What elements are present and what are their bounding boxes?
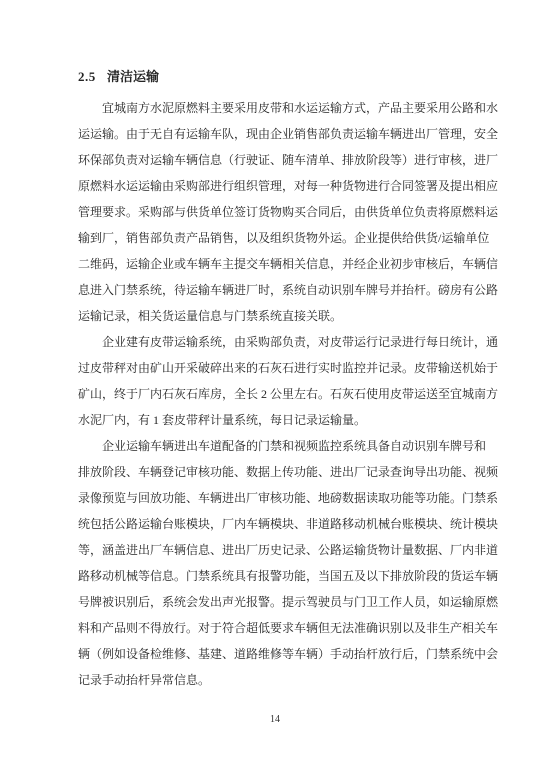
text-line: 环保部负责对运输车辆信息（行驶证、随车清单、排放阶段等）进行审核，进厂 xyxy=(78,147,476,173)
paragraph-3: 企业运输车辆进出车道配备的门禁和视频监控系统具备自动识别车牌号和 排放阶段、车辆… xyxy=(78,433,476,693)
text-line: 运运输。由于无自有运输车队，现由企业销售部负责运输车辆进出厂管理，安全 xyxy=(78,121,476,147)
text-line: 等，涵盖进出厂车辆信息、进出厂历史记录、公路运输货物计量数据、厂内非道 xyxy=(78,537,476,563)
text-line: 原燃料水运运输由采购部进行组织管理，对每一种货物进行合同签署及提出相应 xyxy=(78,173,476,199)
text-line: 息进入门禁系统，待运输车辆进厂时，系统自动识别车牌号并抬杆。磅房有公路 xyxy=(78,277,476,303)
text-line: 企业运输车辆进出车道配备的门禁和视频监控系统具备自动识别车牌号和 xyxy=(78,433,476,459)
text-line: 统包括公路运输台账模块，厂内车辆模块、非道路移动机械台账模块、统计模块 xyxy=(78,511,476,537)
text-line: 号牌被识别后，系统会发出声光报警。提示驾驶员与门卫工作人员，如运输原燃 xyxy=(78,589,476,615)
paragraph-1: 宜城南方水泥原燃料主要采用皮带和水运运输方式，产品主要采用公路和水 运运输。由于… xyxy=(78,95,476,329)
text-line: 辆（例如设备检维修、基建、道路维修等车辆）手动抬杆放行后，门禁系统中会 xyxy=(78,641,476,667)
text-line: 企业建有皮带运输系统，由采购部负责，对皮带运行记录进行每日统计，通 xyxy=(78,329,476,355)
text-line: 录像预览与回放功能、车辆进出厂审核功能、地磅数据读取功能等功能。门禁系 xyxy=(78,485,476,511)
text-line: 二维码，运输企业或车辆车主提交车辆相关信息，并经企业初步审核后，车辆信 xyxy=(78,251,476,277)
text-line: 料和产品则不得放行。对于符合超低要求车辆但无法准确识别以及非生产相关车 xyxy=(78,615,476,641)
paragraph-2: 企业建有皮带运输系统，由采购部负责，对皮带运行记录进行每日统计，通 过皮带秤对由… xyxy=(78,329,476,433)
text-line: 排放阶段、车辆登记审核功能、数据上传功能、进出厂记录查询导出功能、视频 xyxy=(78,459,476,485)
section-heading: 2.5 清洁运输 xyxy=(78,70,476,84)
text-line: 管理要求。采购部与供货单位签订货物购买合同后，由供货单位负责将原燃料运 xyxy=(78,199,476,225)
text-line: 运输记录，相关货运量信息与门禁系统直接关联。 xyxy=(78,303,476,329)
text-line: 记录手动抬杆异常信息。 xyxy=(78,667,476,693)
text-line: 路移动机械等信息。门禁系统具有报警功能，当国五及以下排放阶段的货运车辆 xyxy=(78,563,476,589)
document-content: 2.5 清洁运输 宜城南方水泥原燃料主要采用皮带和水运运输方式，产品主要采用公路… xyxy=(78,70,476,693)
text-line: 输到厂，销售部负责产品销售，以及组织货物外运。企业提供给供货/运输单位 xyxy=(78,225,476,251)
text-line: 宜城南方水泥原燃料主要采用皮带和水运运输方式，产品主要采用公路和水 xyxy=(78,95,476,121)
section-number: 2.5 xyxy=(78,69,96,84)
section-title: 清洁运输 xyxy=(107,69,159,84)
text-line: 过皮带秤对由矿山开采破碎出来的石灰石进行实时监控并记录。皮带输送机始于 xyxy=(78,355,476,381)
document-page: 2.5 清洁运输 宜城南方水泥原燃料主要采用皮带和水运运输方式，产品主要采用公路… xyxy=(0,0,550,778)
page-number: 14 xyxy=(0,714,550,725)
text-line: 矿山，终于厂内石灰石库房，全长 2 公里左右。石灰石使用皮带运送至宜城南方 xyxy=(78,381,476,407)
text-line: 水泥厂内，有 1 套皮带秤计量系统，每日记录运输量。 xyxy=(78,407,476,433)
